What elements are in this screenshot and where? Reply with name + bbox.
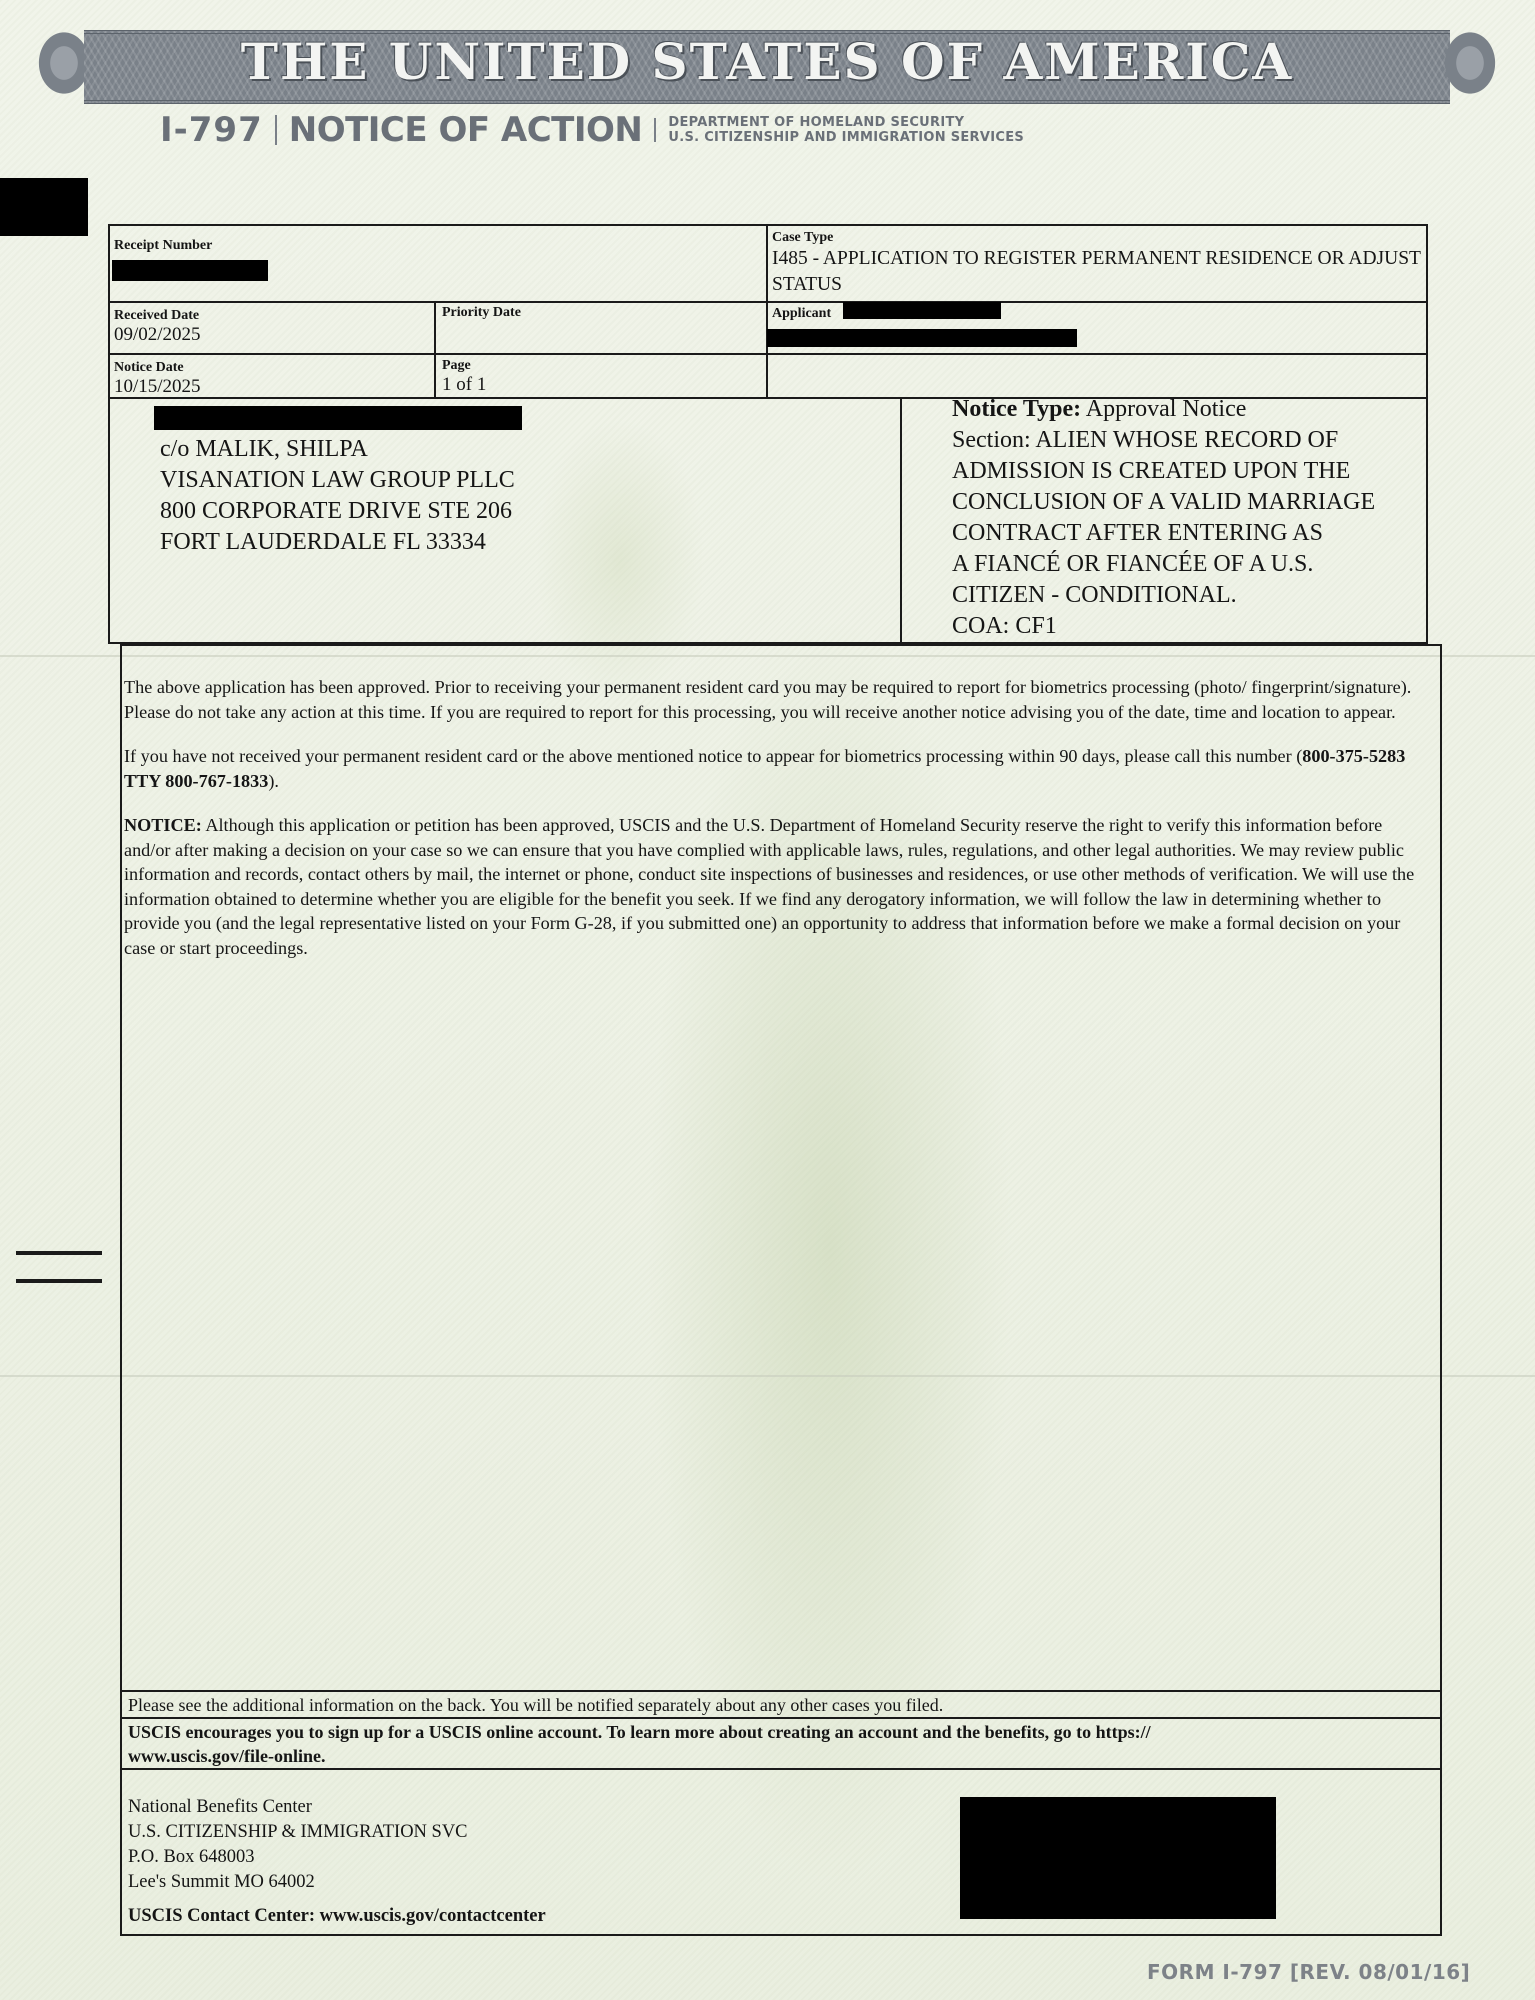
grid-divider (108, 353, 1428, 355)
online-account-text: USCIS encourages you to sign up for a US… (128, 1720, 1151, 1768)
agency-line-1: DEPARTMENT OF HOMELAND SECURITY (668, 115, 964, 130)
applicant-redacted (767, 329, 1077, 347)
section-line: CONTRACT AFTER ENTERING AS (952, 518, 1422, 549)
contact-paragraph: If you have not received your permanent … (124, 744, 1424, 793)
section-line: Section: ALIEN WHOSE RECORD OF (952, 425, 1422, 456)
addressee-redacted (154, 406, 522, 430)
notice-text: Although this application or petition ha… (124, 815, 1414, 958)
notice-label: NOTICE: (124, 815, 202, 835)
section-line: CONCLUSION OF A VALID MARRIAGE (952, 487, 1422, 518)
redaction-bar (0, 178, 88, 236)
address-line: 800 CORPORATE DRIVE STE 206 (160, 496, 515, 527)
grid-divider (108, 301, 1428, 303)
received-date-field: Received Date 09/02/2025 (114, 308, 201, 346)
priority-date-field: Priority Date (442, 305, 521, 321)
form-number: I-797 (160, 110, 263, 150)
receipt-number-redacted (112, 260, 268, 281)
notice-type-block: Notice Type: Approval Notice Section: AL… (952, 394, 1422, 642)
notice-date-value: 10/15/2025 (114, 376, 201, 398)
notice-date-field: Notice Date 10/15/2025 (114, 360, 201, 398)
address-line: FORT LAUDERDALE FL 33334 (160, 527, 515, 558)
sender-address: National Benefits Center U.S. CITIZENSHI… (128, 1795, 468, 1895)
agency-name: DEPARTMENT OF HOMELAND SECURITY U.S. CIT… (668, 115, 1024, 145)
divider (654, 118, 656, 142)
grid-divider (434, 301, 436, 398)
file-online-link[interactable]: www.uscis.gov/file-online. (128, 1744, 1151, 1768)
form-revision: FORM I-797 [REV. 08/01/16] (1147, 1960, 1470, 1984)
case-type-label: Case Type (772, 230, 1422, 246)
notice-type: Notice Type: Approval Notice (952, 394, 1422, 425)
notice-type-label: Notice Type: (952, 396, 1081, 422)
applicant-label: Applicant (772, 306, 831, 322)
receipt-number-label: Receipt Number (114, 238, 212, 254)
agency-line-2: U.S. CITIZENSHIP AND IMMIGRATION SERVICE… (668, 130, 1024, 145)
coa-code: COA: CF1 (952, 611, 1422, 642)
received-date-value: 09/02/2025 (114, 324, 201, 346)
divider (275, 115, 277, 145)
sender-line: U.S. CITIZENSHIP & IMMIGRATION SVC (128, 1820, 468, 1845)
approval-body: The above application has been approved.… (124, 675, 1424, 980)
section-line: ADMISSION IS CREATED UPON THE (952, 456, 1422, 487)
margin-mark (16, 1279, 102, 1283)
applicant-field: Applicant (772, 306, 831, 322)
margin-mark (16, 1251, 102, 1255)
notice-date-label: Notice Date (114, 360, 201, 376)
footer-divider (120, 1768, 1442, 1770)
sender-line: National Benefits Center (128, 1795, 468, 1820)
online-account-line: USCIS encourages you to sign up for a US… (128, 1720, 1151, 1744)
page-label: Page (442, 358, 486, 374)
case-type-value: I485 - APPLICATION TO REGISTER PERMANENT… (772, 246, 1422, 298)
form-subheader: I-797 NOTICE OF ACTION DEPARTMENT OF HOM… (160, 108, 1024, 152)
sender-line: Lee's Summit MO 64002 (128, 1870, 468, 1895)
verification-notice: NOTICE: Although this application or pet… (124, 813, 1424, 960)
grid-divider (766, 224, 768, 399)
page-value: 1 of 1 (442, 374, 486, 396)
page-field: Page 1 of 1 (442, 358, 486, 396)
approval-paragraph: The above application has been approved.… (124, 675, 1424, 724)
section-line: CITIZEN - CONDITIONAL. (952, 580, 1422, 611)
priority-date-label: Priority Date (442, 305, 521, 321)
footer-divider (120, 1717, 1442, 1719)
sender-line: P.O. Box 648003 (128, 1845, 468, 1870)
footer-divider (120, 1690, 1442, 1692)
section-line: A FIANCÉ OR FIANCÉE OF A U.S. (952, 549, 1422, 580)
received-date-label: Received Date (114, 308, 201, 324)
receipt-number-field: Receipt Number (114, 238, 212, 254)
applicant-redacted (843, 302, 1001, 319)
mailing-address: c/o MALIK, SHILPA VISANATION LAW GROUP P… (160, 434, 515, 558)
header-banner: THE UNITED STATES OF AMERICA (32, 18, 1502, 108)
contact-center-link[interactable]: USCIS Contact Center: www.uscis.gov/cont… (128, 1906, 546, 1927)
grid-divider (900, 397, 902, 644)
additional-info-text: Please see the additional information on… (128, 1693, 943, 1717)
address-line: c/o MALIK, SHILPA (160, 434, 515, 465)
contact-text: If you have not received your permanent … (124, 746, 1302, 766)
notice-type-value: Approval Notice (1086, 396, 1247, 422)
case-type-field: Case Type I485 - APPLICATION TO REGISTER… (772, 230, 1422, 298)
form-name: NOTICE OF ACTION (289, 110, 643, 150)
banner-title: THE UNITED STATES OF AMERICA (32, 32, 1502, 91)
contact-text-end: ). (268, 771, 279, 791)
barcode-redacted (960, 1797, 1276, 1919)
address-line: VISANATION LAW GROUP PLLC (160, 465, 515, 496)
